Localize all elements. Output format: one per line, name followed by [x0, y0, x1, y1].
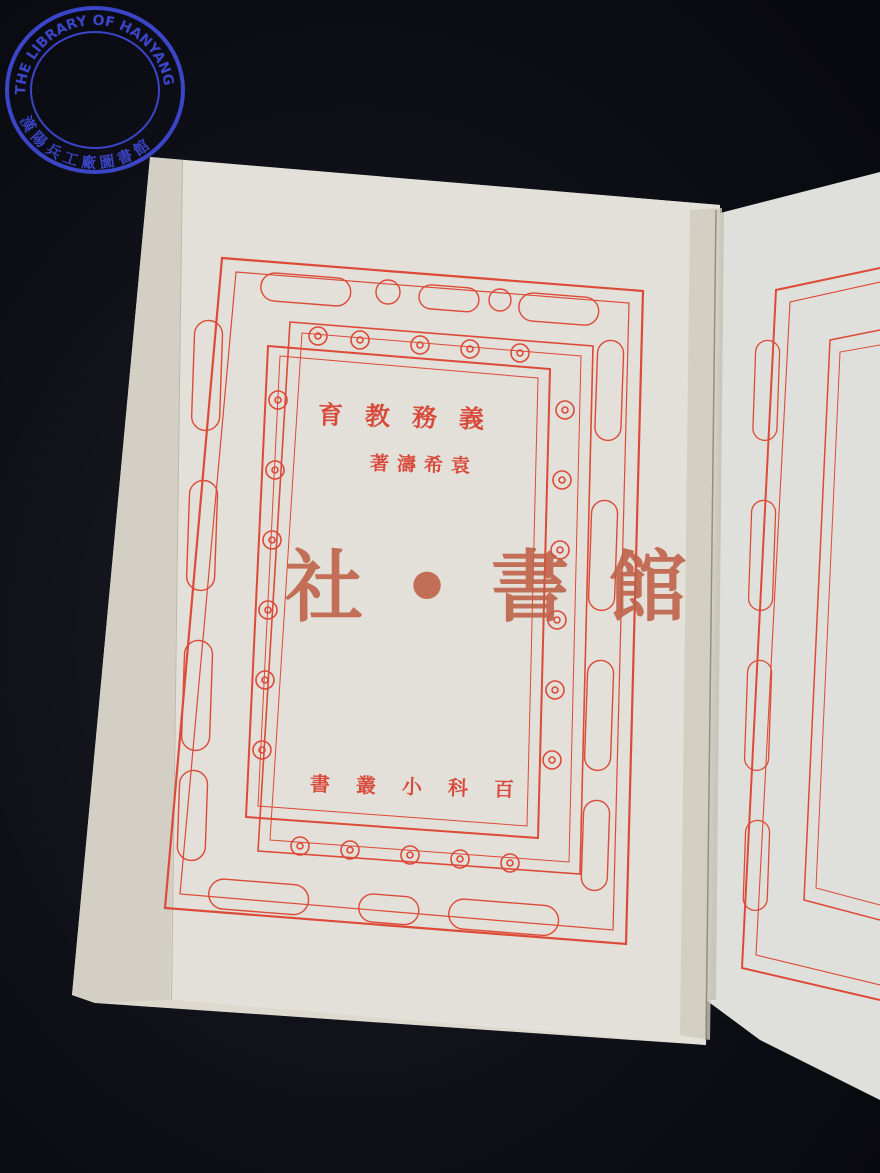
open-book: 育教務義 著濤希袁 書叢小科百 THE LIBRARY OF HANYANG A…: [0, 0, 880, 1173]
svg-text:漢陽兵工廠圖書館: 漢陽兵工廠圖書館: [16, 113, 152, 172]
svg-text:THE LIBRARY OF HANYANG ARSENAL: THE LIBRARY OF HANYANG ARSENAL: [0, 0, 177, 95]
stamp-outer-text: THE LIBRARY OF HANYANG ARSENAL: [0, 0, 177, 95]
library-stamp: THE LIBRARY OF HANYANG ARSENAL 漢陽兵工廠圖書館: [0, 0, 190, 180]
stamp-inner-text: 漢陽兵工廠圖書館: [16, 113, 152, 172]
calligraphy-watermark: 社 • 書 館: [285, 525, 692, 637]
book-author: 著濤希袁: [370, 448, 479, 478]
book-title: 育教務義: [318, 395, 519, 437]
